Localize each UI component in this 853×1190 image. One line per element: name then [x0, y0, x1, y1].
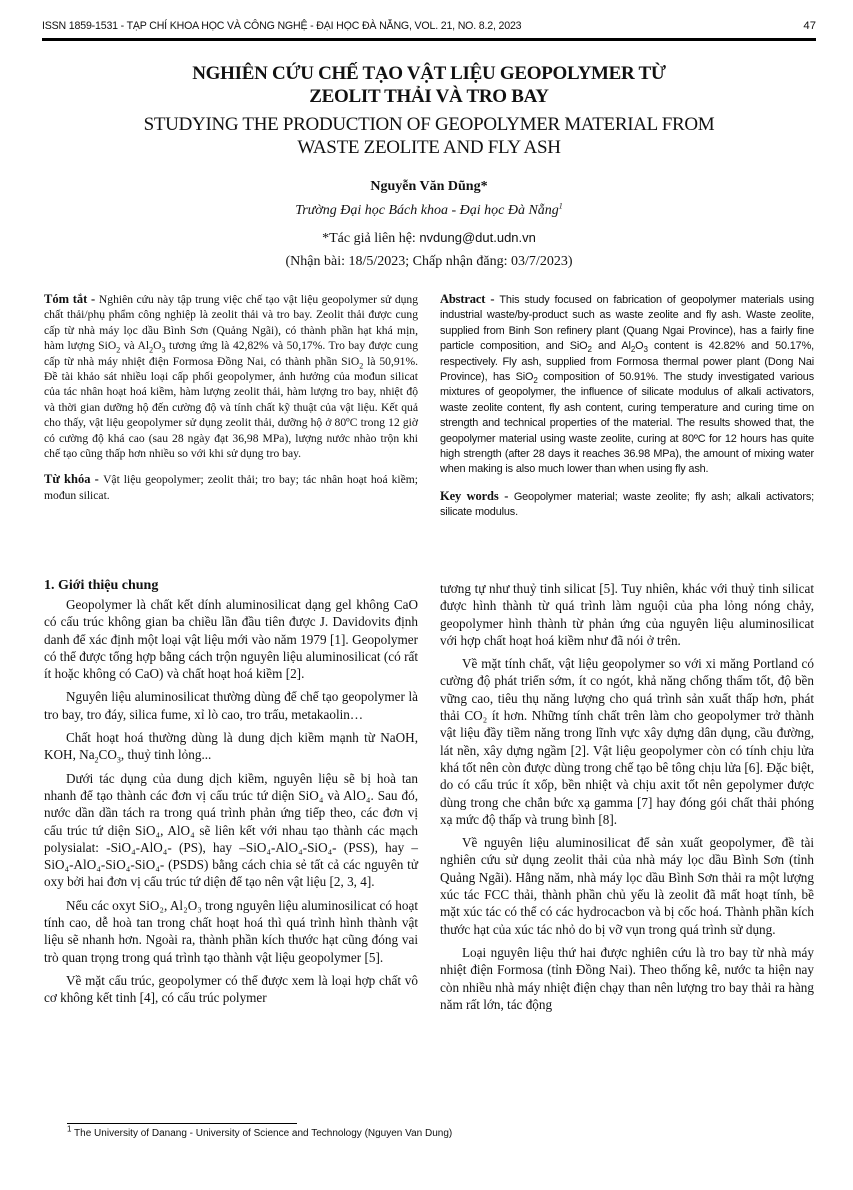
title-vi-line-1: NGHIÊN CỨU CHẾ TẠO VẬT LIỆU GEOPOLYMER T… [42, 62, 816, 85]
paragraph: Geopolymer là chất kết dính aluminosilic… [44, 596, 418, 682]
author-name: Nguyễn Văn Dũng* [42, 178, 816, 196]
abstract-vi-text-3: O [153, 339, 161, 352]
paragraph: Dưới tác dụng của dung dịch kiềm, nguyên… [44, 770, 418, 891]
abstract-english: Abstract - This study focused on fabrica… [440, 292, 814, 521]
abstract-vietnamese: Tóm tắt - Nghiên cứu này tập trung việc … [44, 292, 418, 503]
paragraph: Về mặt cấu trúc, geopolymer có thể được … [44, 972, 418, 1007]
header-rule [42, 38, 816, 41]
abstract-vi-text-2: và Al [120, 339, 149, 352]
author-email-link[interactable]: nvdung@dut.udn.vn [419, 230, 536, 245]
keywords-vi-label: Từ khóa - [44, 472, 103, 486]
title-vietnamese: NGHIÊN CỨU CHẾ TẠO VẬT LIỆU GEOPOLYMER T… [42, 62, 816, 108]
body-column-right: tương tự như thuỷ tinh silicat [5]. Tuy … [440, 580, 814, 1019]
keywords-en-label: Key words - [440, 489, 514, 503]
footnote-rule [67, 1123, 297, 1124]
body-column-left: 1. Giới thiệu chung Geopolymer là chất k… [44, 577, 418, 1013]
title-en-line-1: STUDYING THE PRODUCTION OF GEOPOLYMER MA… [42, 113, 816, 136]
keywords-vietnamese: Từ khóa - Vật liệu geopolymer; zeolit th… [44, 472, 418, 503]
affiliation-text: Trường Đại học Bách khoa - Đại học Đà Nẵ… [295, 203, 559, 218]
paragraph: Về nguyên liệu aluminosilicat để sản xuấ… [440, 834, 814, 938]
abstract-en-label: Abstract - [440, 292, 499, 306]
footnote-text: The University of Danang - University of… [71, 1128, 452, 1139]
section-heading: 1. Giới thiệu chung [44, 577, 418, 595]
paragraph: Chất hoạt hoá thường dùng là dung dịch k… [44, 729, 418, 764]
title-vi-line-2: ZEOLIT THẢI VÀ TRO BAY [42, 85, 816, 108]
keywords-english: Key words - Geopolymer material; waste z… [440, 489, 814, 521]
footnote: 1 The University of Danang - University … [67, 1128, 452, 1139]
title-block: NGHIÊN CỨU CHẾ TẠO VẬT LIỆU GEOPOLYMER T… [42, 62, 816, 159]
journal-running-head: ISSN 1859-1531 - TẠP CHÍ KHOA HỌC VÀ CÔN… [42, 20, 521, 32]
paragraph: Nguyên liệu aluminosilicat thường dùng đ… [44, 688, 418, 723]
paragraph-text: CO [99, 747, 117, 762]
contact-label: *Tác giả liên hệ: [322, 231, 419, 246]
corresponding-author: *Tác giả liên hệ: nvdung@dut.udn.vn [42, 229, 816, 248]
author-affiliation: Trường Đại học Bách khoa - Đại học Đà Nẵ… [42, 202, 816, 220]
title-english: STUDYING THE PRODUCTION OF GEOPOLYMER MA… [42, 113, 816, 159]
title-en-line-2: WASTE ZEOLITE AND FLY ASH [42, 136, 816, 159]
paragraph-continued: tương tự như thuỷ tinh silicat [5]. Tuy … [440, 580, 814, 649]
received-dates: (Nhận bài: 18/5/2023; Chấp nhận đăng: 03… [42, 253, 816, 271]
affiliation-footnote-mark: 1 [559, 201, 563, 210]
paragraph-text: , thuỷ tinh lỏng... [121, 747, 211, 762]
page-number: 47 [803, 20, 816, 32]
paragraph: Về mặt tính chất, vật liệu geopolymer so… [440, 655, 814, 828]
paragraph: Nếu các oxyt SiO₂, Al₂O₃ trong nguyên li… [44, 897, 418, 966]
abstract-en-text-5: composition of 50.91%. The study investi… [440, 371, 814, 475]
abstract-vi-body: Tóm tắt - Nghiên cứu này tập trung việc … [44, 292, 418, 461]
abstract-en-text-2: and Al [592, 340, 631, 352]
running-header: ISSN 1859-1531 - TẠP CHÍ KHOA HỌC VÀ CÔN… [42, 20, 816, 40]
abstract-vi-label: Tóm tắt - [44, 292, 99, 306]
abstract-en-body: Abstract - This study focused on fabrica… [440, 292, 814, 478]
paragraph: Loại nguyên liệu thứ hai được nghiên cứu… [440, 944, 814, 1013]
author-block: Nguyễn Văn Dũng* Trường Đại học Bách kho… [42, 178, 816, 271]
abstract-vi-text-5: là 50,91%. Đề tài khảo sát nhiều loại cấ… [44, 355, 418, 460]
